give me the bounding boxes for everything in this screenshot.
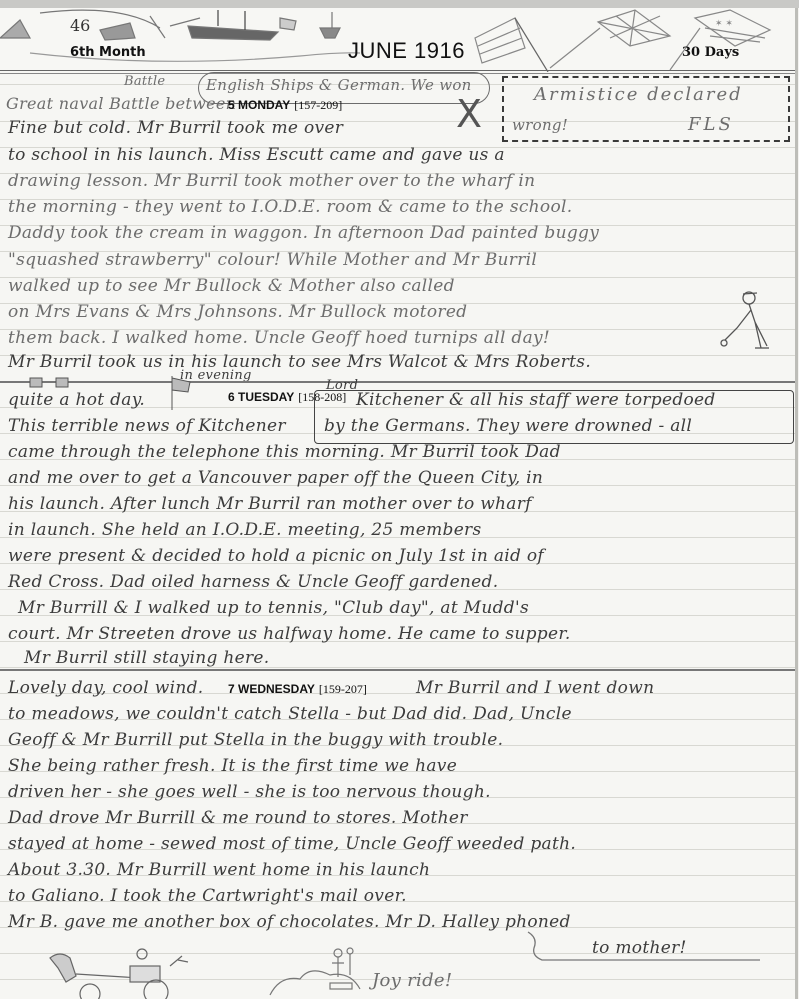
margin-note: Lovely day, cool wind. (8, 678, 203, 698)
entry-line: walked up to see Mr Bullock & Mother als… (8, 276, 455, 296)
entry-line: This terrible news of Kitchener (8, 416, 286, 436)
boats-sketch (0, 8, 360, 68)
entry-line: Mr Burril and I went down (416, 678, 654, 698)
box-note-prefix: Lord (326, 378, 358, 393)
entry-line: Red Cross. Dad oiled harness & Uncle Geo… (8, 572, 498, 592)
day-divider (0, 669, 795, 671)
entry-line: stayed at home - sewed most of time, Unc… (8, 834, 576, 854)
day-range: [157-209] (294, 98, 342, 112)
entry-line: came through the telephone this morning.… (8, 442, 561, 462)
entry-line: the morning - they went to I.O.D.E. room… (8, 197, 572, 217)
battle-correction-note: Battle (124, 74, 165, 89)
bottom-caption: Joy ride! (372, 970, 452, 991)
entry-line: Mr Burril took us in his launch to see M… (8, 352, 591, 372)
page-header: ✶ ✶ 46 6th Month JUNE 1916 30 Days (0, 8, 795, 72)
svg-text:✶ ✶: ✶ ✶ (715, 19, 733, 29)
page-title: JUNE 1916 (348, 38, 465, 64)
entry-line: "squashed strawberry" colour! While Moth… (8, 250, 537, 270)
margin-note: Great naval Battle between (6, 94, 236, 113)
armistice-note-initials: FLS (688, 114, 734, 135)
horse-and-buggy-sketch (30, 948, 210, 999)
entry-line: in launch. She held an I.O.D.E. meeting,… (8, 520, 482, 540)
scan-edge (0, 0, 799, 8)
x-mark: X (456, 95, 482, 133)
entry-line: to Galiano. I took the Cartwright's mail… (8, 886, 407, 906)
entry-line: his launch. After lunch Mr Burril ran mo… (8, 494, 532, 514)
header-rule (0, 70, 795, 71)
entry-line: driven her - she goes well - she is too … (8, 782, 491, 802)
day-label: 5 MONDAY[157-209] (228, 98, 342, 113)
flags-sketch: ✶ ✶ (470, 8, 790, 72)
entry-line: Fine but cold. Mr Burril took me over (8, 118, 343, 138)
entry-line: Dad drove Mr Burrill & me round to store… (8, 808, 468, 828)
page-number: 46 (70, 16, 90, 35)
entry-line: About 3.30. Mr Burrill went home in his … (8, 860, 430, 880)
entry-line: Daddy took the cream in waggon. In after… (8, 223, 599, 243)
box-line: by the Germans. They were drowned - all (324, 416, 692, 436)
entry-line: Mr B. gave me another box of chocolates.… (8, 912, 571, 932)
box-line: Kitchener & all his staff were torpedoed (356, 390, 716, 410)
armistice-note-wrong: wrong! (512, 116, 568, 134)
entry-line: Mr Burril still staying here. (24, 648, 269, 668)
entry-line: She being rather fresh. It is the first … (8, 756, 457, 776)
entry-line: court. Mr Streeten drove us halfway home… (8, 624, 571, 644)
days-count-label: 30 Days (682, 45, 739, 60)
entry-line: Mr Burrill & I walked up to tennis, "Clu… (18, 598, 529, 618)
entry-line: were present & decided to hold a picnic … (8, 546, 544, 566)
entry-line: to meadows, we couldn't catch Stella - b… (8, 704, 572, 724)
day-name: 6 TUESDAY (228, 390, 294, 404)
man-hoeing-sketch (715, 288, 785, 360)
armistice-note-line1: Armistice declared (534, 84, 743, 105)
day-name: 5 MONDAY (228, 98, 290, 112)
entry-line: and me over to get a Vancouver paper off… (8, 468, 543, 488)
margin-note: quite a hot day. (8, 390, 145, 410)
figure-on-cloud-sketch (260, 945, 370, 999)
trailing-note: to mother! (592, 938, 687, 958)
entry-line: Geoff & Mr Burrill put Stella in the bug… (8, 730, 503, 750)
day-label: 7 WEDNESDAY[159-207] (228, 682, 367, 697)
entry-line: to school in his launch. Miss Escutt cam… (8, 145, 505, 165)
bubble-note: English Ships & German. We won (206, 76, 472, 94)
day-range: [159-207] (319, 682, 367, 696)
month-label: 6th Month (70, 45, 146, 60)
entry-line: them back. I walked home. Uncle Geoff ho… (8, 328, 550, 348)
entry-line: on Mrs Evans & Mrs Johnsons. Mr Bullock … (8, 302, 467, 322)
entry-line: drawing lesson. Mr Burril took mother ov… (8, 171, 535, 191)
day-name: 7 WEDNESDAY (228, 682, 315, 696)
